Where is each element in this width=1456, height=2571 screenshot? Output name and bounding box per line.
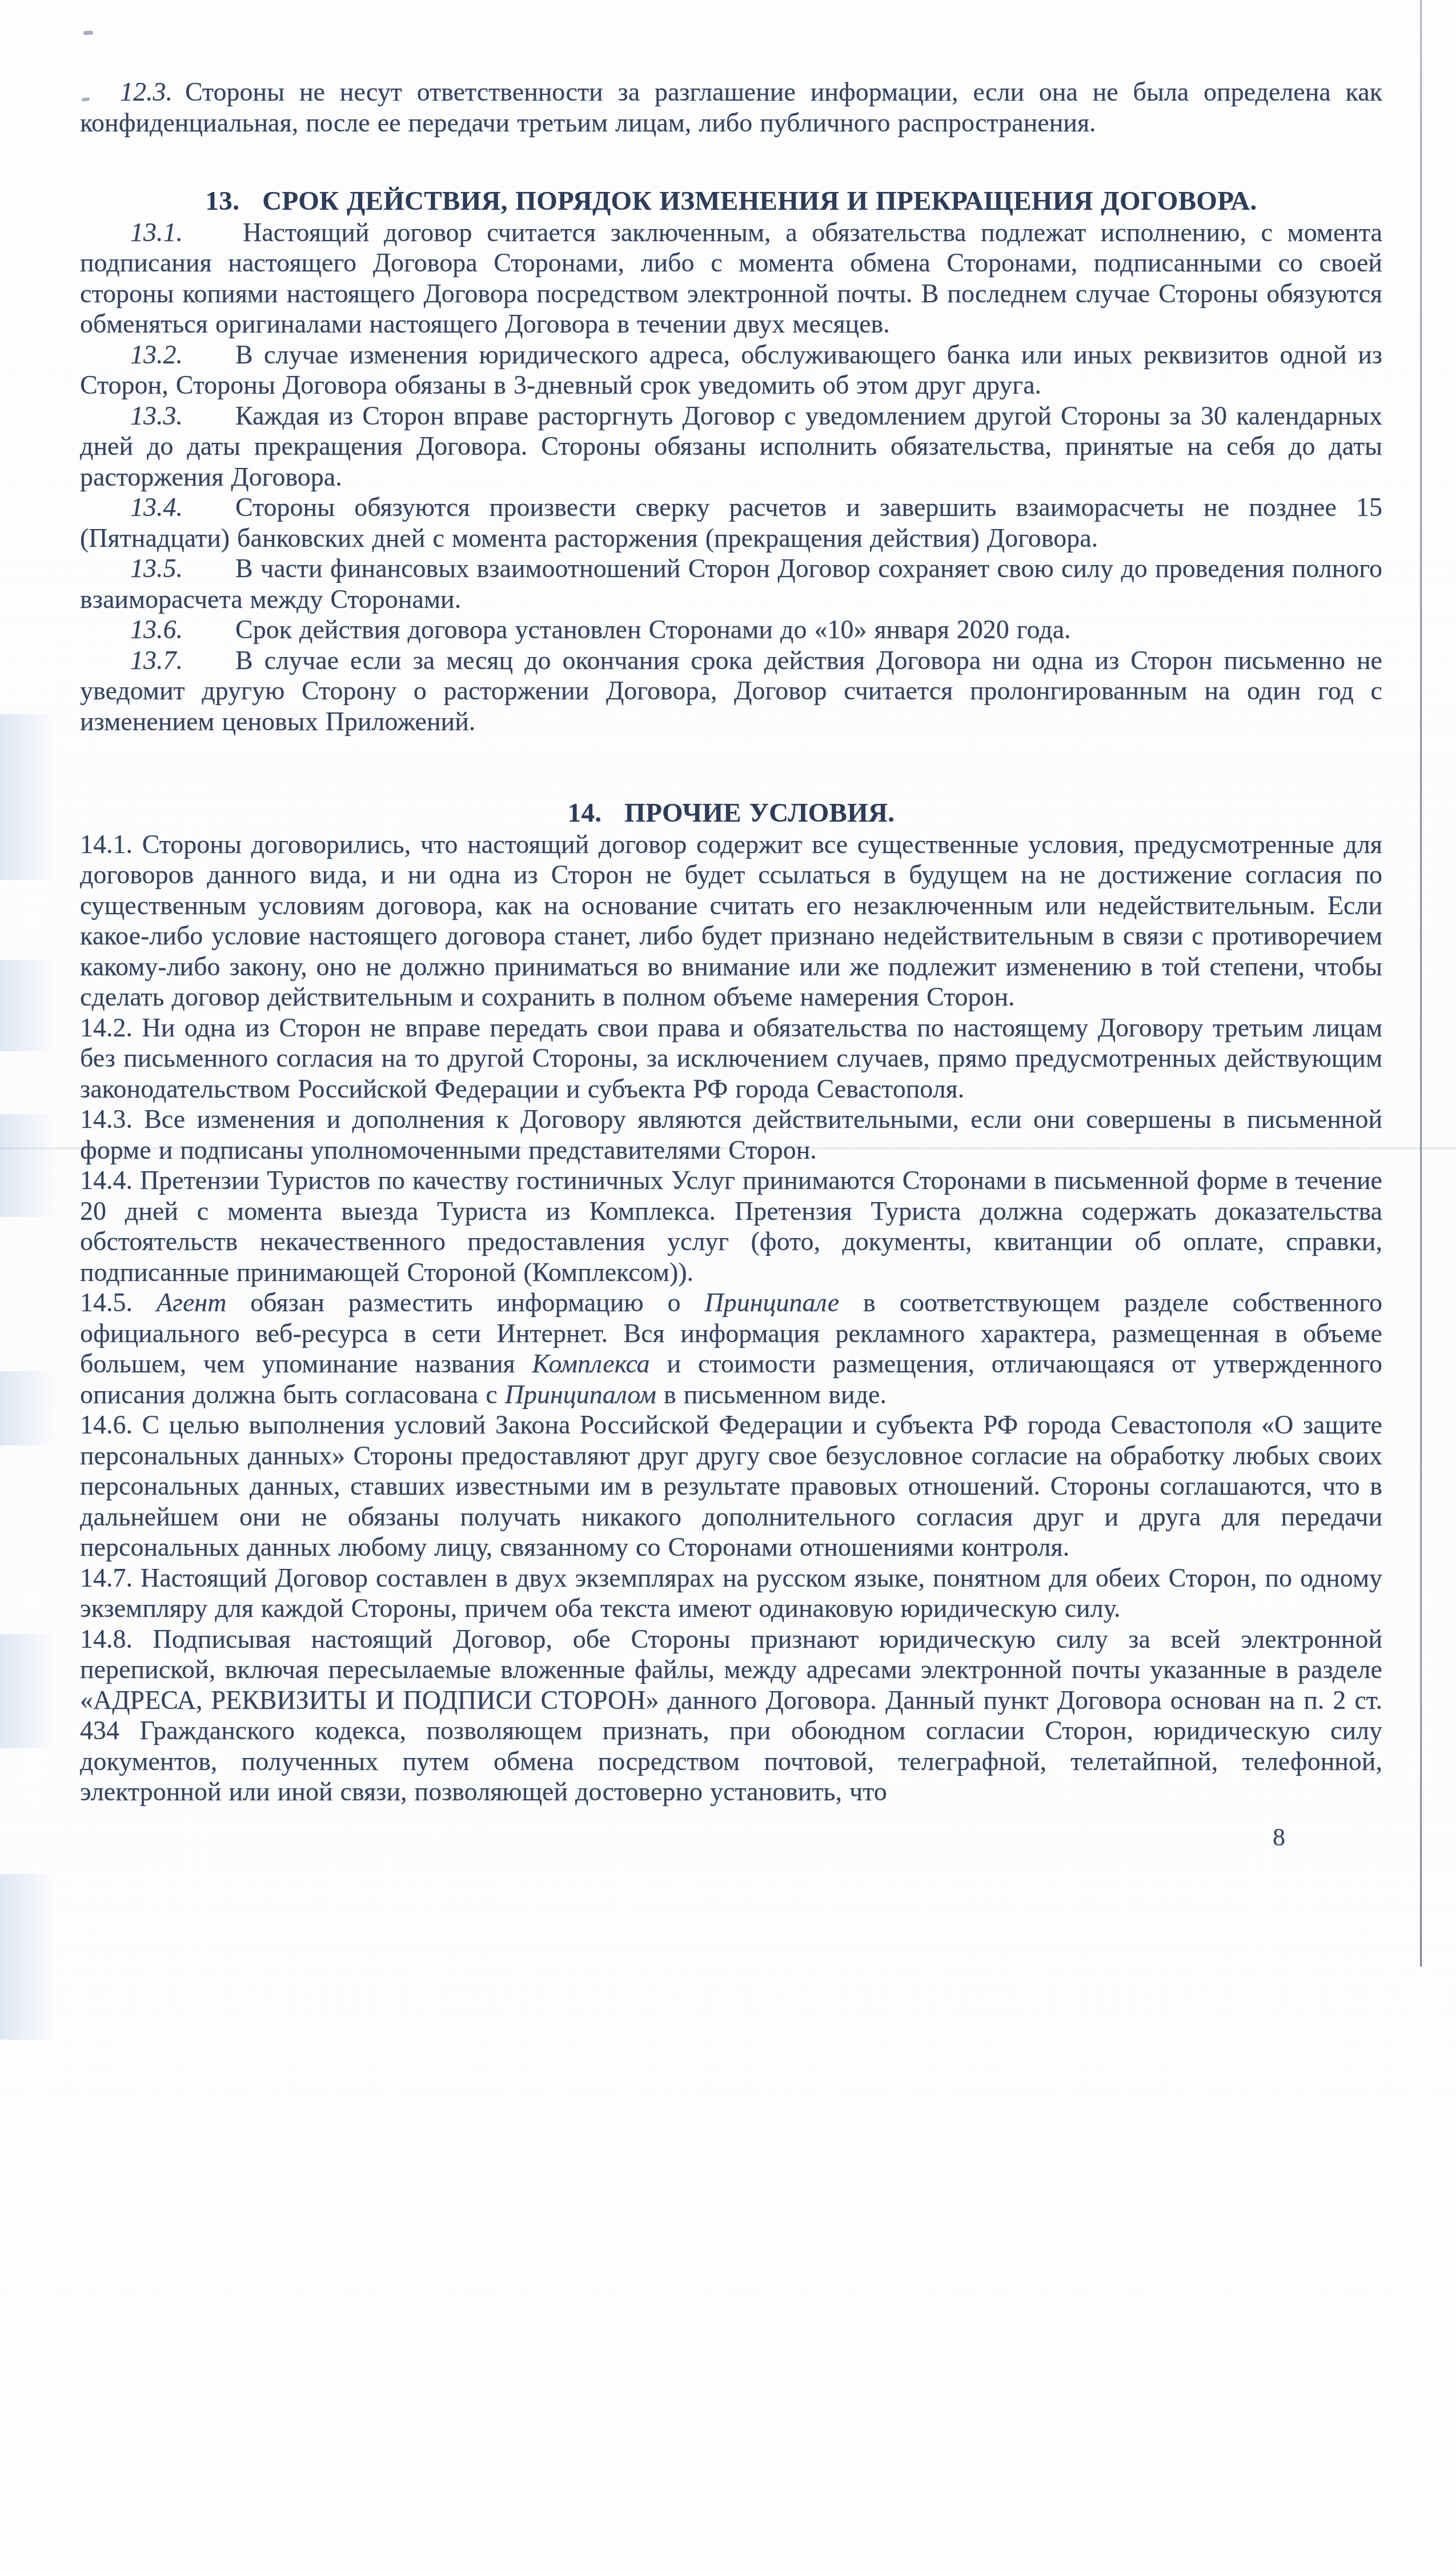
para-14-6: 14.6. С целью выполнения условий Закона …: [80, 1409, 1382, 1563]
para-13-2-number: 13.2.: [130, 340, 183, 369]
heading-14-text: ПРОЧИЕ УСЛОВИЯ.: [624, 798, 895, 828]
scan-streak: [0, 1371, 57, 1445]
document-content: 12.3.Стороны не несут ответственности за…: [80, 77, 1382, 1852]
para-14-8: 14.8. Подписывая настоящий Договор, обе …: [80, 1624, 1382, 1807]
para-13-5-number: 13.5.: [130, 554, 183, 583]
para-14-3: 14.3. Все изменения и дополнения к Догов…: [80, 1104, 1382, 1165]
para-13-2: 13.2.В случае изменения юридического адр…: [80, 339, 1382, 401]
para-12-3-text: Стороны не несут ответственности за разг…: [80, 77, 1382, 137]
scan-border-line: [1420, 0, 1422, 1967]
para-13-7-text: В случае если за месяц до окончания срок…: [80, 646, 1382, 736]
para-14-5-text: Агент: [157, 1288, 227, 1317]
scan-streak: [0, 1114, 57, 1217]
para-14-5-text: 14.5.: [80, 1288, 157, 1317]
para-13-3-text: Каждая из Сторон вправе расторгнуть Дого…: [80, 401, 1382, 491]
para-13-3-number: 13.3.: [130, 401, 183, 430]
para-14-5-text: в письменном виде.: [656, 1380, 887, 1409]
para-13-7: 13.7.В случае если за месяц до окончания…: [80, 645, 1382, 737]
para-14-5-text: Принципалом: [505, 1380, 656, 1409]
para-13-1-text: Настоящий договор считается заключенным,…: [80, 218, 1382, 339]
para-13-6-text: Срок действия договора установлен Сторон…: [235, 615, 1071, 644]
heading-14-number: 14.: [568, 798, 602, 828]
para-13-1: 13.1.Настоящий договор считается заключе…: [80, 217, 1382, 339]
para-14-4: 14.4. Претензии Туристов по качеству гос…: [80, 1165, 1382, 1287]
para-14-5-text: Комплекса: [532, 1349, 650, 1378]
para-13-4: 13.4.Стороны обязуются произвести сверку…: [80, 492, 1382, 553]
scanned-contract-page: 12.3.Стороны не несут ответственности за…: [0, 0, 1456, 2571]
scan-streak: [0, 1874, 57, 2040]
para-14-2-text: 14.2. Ни одна из Сторон не вправе переда…: [80, 1013, 1382, 1103]
para-14-5-text: Принципале: [705, 1288, 840, 1317]
scan-streak: [0, 1634, 57, 1748]
para-13-5-text: В части финансовых взаимоотношений Сторо…: [80, 554, 1382, 614]
para-13-7-number: 13.7.: [130, 646, 183, 675]
scan-streak: [0, 714, 57, 880]
para-12-3: 12.3.Стороны не несут ответственности за…: [80, 77, 1382, 138]
para-14-8-text: 14.8. Подписывая настоящий Договор, обе …: [80, 1624, 1382, 1807]
para-13-1-number: 13.1.: [130, 218, 183, 247]
para-14-1-text: 14.1. Стороны договорились, что настоящи…: [80, 830, 1382, 1012]
heading-13: 13.СРОК ДЕЙСТВИЯ, ПОРЯДОК ИЗМЕНЕНИЯ И ПР…: [80, 186, 1382, 217]
heading-13-number: 13.: [206, 186, 240, 216]
para-14-7-text: 14.7. Настоящий Договор составлен в двух…: [80, 1563, 1382, 1623]
para-14-5-text: обязан разместить информацию о: [226, 1288, 704, 1317]
para-13-5: 13.5.В части финансовых взаимоотношений …: [80, 553, 1382, 614]
para-14-4-text: 14.4. Претензии Туристов по качеству гос…: [80, 1166, 1382, 1287]
para-14-5: 14.5. Агент обязан разместить информацию…: [80, 1287, 1382, 1409]
heading-14: 14.ПРОЧИЕ УСЛОВИЯ.: [80, 798, 1382, 829]
para-13-2-text: В случае изменения юридического адреса, …: [80, 340, 1382, 400]
para-12-3-number: 12.3.: [120, 77, 173, 106]
para-14-3-text: 14.3. Все изменения и дополнения к Догов…: [80, 1104, 1382, 1164]
para-13-6: 13.6.Срок действия договора установлен С…: [80, 614, 1382, 645]
para-14-7: 14.7. Настоящий Договор составлен в двух…: [80, 1563, 1382, 1624]
para-13-3: 13.3.Каждая из Сторон вправе расторгнуть…: [80, 401, 1382, 492]
page-number: 8: [80, 1822, 1382, 1853]
scan-speck: [83, 30, 93, 35]
para-14-6-text: 14.6. С целью выполнения условий Закона …: [80, 1410, 1382, 1561]
para-14-2: 14.2. Ни одна из Сторон не вправе переда…: [80, 1012, 1382, 1104]
para-13-6-number: 13.6.: [130, 615, 183, 644]
heading-13-text: СРОК ДЕЙСТВИЯ, ПОРЯДОК ИЗМЕНЕНИЯ И ПРЕКР…: [262, 186, 1257, 216]
para-14-1: 14.1. Стороны договорились, что настоящи…: [80, 829, 1382, 1012]
para-13-4-number: 13.4.: [130, 492, 183, 522]
para-13-4-text: Стороны обязуются произвести сверку расч…: [80, 492, 1382, 552]
scan-streak: [0, 960, 57, 1051]
